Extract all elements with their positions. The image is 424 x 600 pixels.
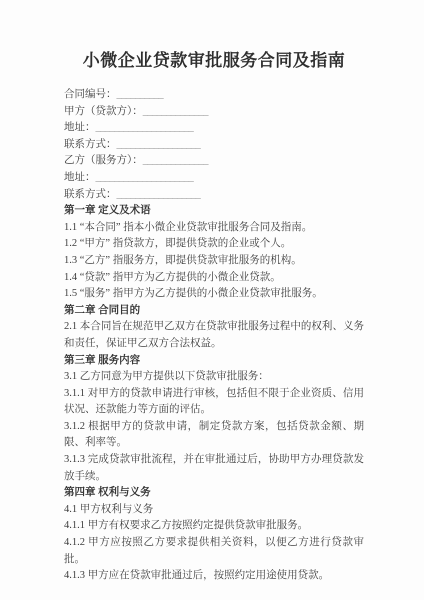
clause-1-1: 1.1 “本合同” 指本小微企业贷款审批服务合同及指南。 bbox=[64, 220, 364, 237]
section-heading-chapter-2: 第二章 合同目的 bbox=[64, 303, 364, 320]
contract-header-fields: 合同编号：__________ 甲方（贷款方）：______________ 地… bbox=[64, 87, 364, 203]
field-label: 联系方式： bbox=[64, 139, 117, 150]
clause-4-1-2: 4.1.2 甲方应按照乙方要求提供相关资料，以便乙方进行贷款审批。 bbox=[64, 535, 364, 568]
clause-3-1-2: 3.1.2 根据甲方的贷款申请，制定贷款方案，包括贷款金额、期限、利率等。 bbox=[64, 419, 364, 452]
clause-4-1: 4.1 甲方权利与义务 bbox=[64, 502, 364, 519]
clause-4-1-1: 4.1.1 甲方有权要求乙方按照约定提供贷款审批服务。 bbox=[64, 518, 364, 535]
field-party-b: 乙方（服务方）：______________ bbox=[64, 153, 364, 170]
clause-4-1-3: 4.1.3 甲方应在贷款审批通过后，按照约定用途使用贷款。 bbox=[64, 568, 364, 585]
section-heading-chapter-1: 第一章 定义及术语 bbox=[64, 203, 364, 220]
clause-1-3: 1.3 “乙方” 指服务方，即提供贷款审批服务的机构。 bbox=[64, 253, 364, 270]
field-party-a-address: 地址：_____________________ bbox=[64, 120, 364, 137]
clause-1-5: 1.5 “服务” 指甲方为乙方提供的小微企业贷款审批服务。 bbox=[64, 286, 364, 303]
field-contract-number: 合同编号：__________ bbox=[64, 87, 364, 104]
section-heading-chapter-3: 第三章 服务内容 bbox=[64, 353, 364, 370]
field-label: 地址： bbox=[64, 122, 96, 133]
field-blank-line: __________________ bbox=[117, 189, 201, 200]
field-blank-line: __________ bbox=[117, 89, 164, 100]
field-blank-line: _____________________ bbox=[96, 122, 194, 133]
clause-1-4: 1.4 “贷款” 指甲方为乙方提供的小微企业贷款。 bbox=[64, 270, 364, 287]
clause-3-1: 3.1 乙方同意为甲方提供以下贷款审批服务： bbox=[64, 369, 364, 386]
field-party-a: 甲方（贷款方）：______________ bbox=[64, 104, 364, 121]
document-title: 小微企业贷款审批服务合同及指南 bbox=[64, 50, 364, 72]
contract-body: 第一章 定义及术语 1.1 “本合同” 指本小微企业贷款审批服务合同及指南。 1… bbox=[64, 203, 364, 585]
field-blank-line: __________________ bbox=[117, 139, 201, 150]
contract-document-page: 小微企业贷款审批服务合同及指南 合同编号：__________ 甲方（贷款方）：… bbox=[0, 0, 424, 600]
field-blank-line: _____________________ bbox=[96, 172, 194, 183]
field-label: 合同编号： bbox=[64, 89, 117, 100]
field-party-a-contact: 联系方式：__________________ bbox=[64, 137, 364, 154]
field-label: 乙方（服务方）： bbox=[64, 155, 143, 166]
clause-3-1-1: 3.1.1 对甲方的贷款申请进行审核，包括但不限于企业资质、信用状况、还款能力等… bbox=[64, 386, 364, 419]
field-label: 地址： bbox=[64, 172, 96, 183]
field-blank-line: ______________ bbox=[143, 106, 208, 117]
field-blank-line: ______________ bbox=[143, 155, 208, 166]
clause-2-1: 2.1 本合同旨在规范甲乙双方在贷款审批服务过程中的权利、义务和责任，保证甲乙双… bbox=[64, 319, 364, 352]
field-party-b-contact: 联系方式：__________________ bbox=[64, 187, 364, 204]
clause-1-2: 1.2 “甲方” 指贷款方，即提供贷款的企业或个人。 bbox=[64, 236, 364, 253]
section-heading-chapter-4: 第四章 权利与义务 bbox=[64, 485, 364, 502]
clause-3-1-3: 3.1.3 完成贷款审批流程，并在审批通过后，协助甲方办理贷款发放手续。 bbox=[64, 452, 364, 485]
field-party-b-address: 地址：_____________________ bbox=[64, 170, 364, 187]
field-label: 甲方（贷款方）： bbox=[64, 106, 143, 117]
field-label: 联系方式： bbox=[64, 189, 117, 200]
